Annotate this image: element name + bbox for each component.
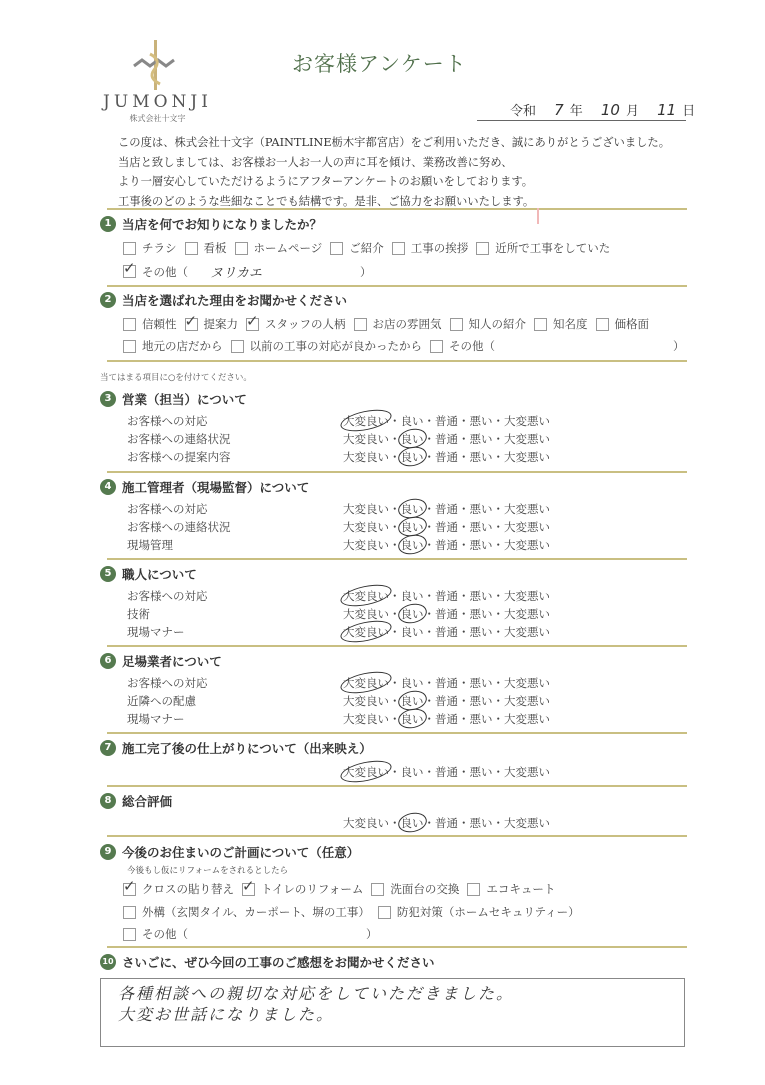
rating-choice[interactable]: 大変悪い bbox=[504, 625, 550, 639]
q9-title: 今後のお住まいのご計画について（任意） bbox=[122, 843, 359, 861]
q1-number-badge: 1 bbox=[100, 216, 116, 232]
rating-choice[interactable]: 良い bbox=[401, 414, 424, 428]
separator: ・ bbox=[458, 712, 470, 726]
q9-heading: 9今後のお住まいのご計画について（任意） bbox=[100, 843, 359, 861]
q2-option-proposal[interactable]: 提案力 bbox=[185, 316, 239, 332]
separator: ・ bbox=[458, 450, 470, 464]
q5-item-label: お客様への対応 bbox=[127, 588, 208, 604]
checkbox[interactable] bbox=[330, 242, 343, 255]
rating-scale[interactable]: 大変良い・良い・普通・悪い・大変悪い bbox=[343, 588, 550, 604]
checkbox[interactable] bbox=[123, 928, 136, 941]
separator: ・ bbox=[458, 520, 470, 534]
option-label: 信頼性 bbox=[142, 316, 177, 332]
rating-scale[interactable]: 大変良い・良い・普通・悪い・大変悪い bbox=[343, 711, 550, 727]
rating-choice[interactable]: 大変良い bbox=[343, 432, 389, 446]
rating-choice-selected[interactable]: 大変良い bbox=[343, 676, 389, 690]
checkbox-checked[interactable] bbox=[123, 265, 136, 278]
q2-option-price[interactable]: 価格面 bbox=[596, 316, 650, 332]
company-logo: JUMONJI 株式会社十文字 bbox=[100, 40, 210, 125]
q2-number-badge: 2 bbox=[100, 292, 116, 308]
rating-choice[interactable]: 大変悪い bbox=[504, 520, 550, 534]
option-label: クロスの貼り替え bbox=[142, 881, 234, 897]
option-label: 防犯対策（ホームセキュリティー） bbox=[397, 904, 580, 920]
rating-choice-selected[interactable]: 良い bbox=[401, 538, 424, 552]
q7-heading: 7施工完了後の仕上がりについて（出来映え） bbox=[100, 739, 372, 757]
date-month[interactable]: 10 bbox=[601, 101, 620, 119]
q5-title: 職人について bbox=[122, 565, 197, 583]
q1-other-row: その他（ ヌリカエ ） bbox=[123, 262, 372, 281]
q2-option-local[interactable]: 地元の店だから bbox=[123, 338, 223, 354]
checkbox[interactable] bbox=[476, 242, 489, 255]
checkbox[interactable] bbox=[450, 318, 463, 331]
year-unit: 年 bbox=[570, 104, 583, 119]
q9-subtitle: 今後もし仮にリフォームをされるとしたら bbox=[127, 864, 288, 876]
date-year[interactable]: 7 bbox=[554, 101, 564, 119]
separator: ・ bbox=[458, 502, 470, 516]
rating-choice[interactable]: 大変悪い bbox=[504, 712, 550, 726]
q2-option-atmosphere[interactable]: お店の雰囲気 bbox=[354, 316, 442, 332]
day-unit: 日 bbox=[682, 104, 695, 119]
rating-scale[interactable]: 大変良い・良い・普通・悪い・大変悪い bbox=[343, 519, 550, 535]
q4-number-badge: 4 bbox=[100, 479, 116, 495]
option-label: その他（ bbox=[142, 926, 188, 942]
q6-number-badge: 6 bbox=[100, 653, 116, 669]
separator: ・ bbox=[493, 589, 505, 603]
rating-choice[interactable]: 大変良い bbox=[343, 450, 389, 464]
rating-scale[interactable]: 大変良い・良い・普通・悪い・大変悪い bbox=[343, 693, 550, 709]
divider bbox=[107, 471, 687, 473]
rating-choice[interactable]: 良い bbox=[401, 625, 424, 639]
q1-option-referral[interactable]: ご紹介 bbox=[330, 240, 384, 256]
paren-close: ） bbox=[673, 338, 685, 354]
separator: ・ bbox=[458, 816, 470, 830]
separator: ・ bbox=[493, 607, 505, 621]
rating-choice[interactable]: 悪い bbox=[470, 432, 493, 446]
rating-choice[interactable]: 大変悪い bbox=[504, 589, 550, 603]
q2-option-other[interactable]: その他（ bbox=[430, 338, 495, 354]
divider bbox=[107, 208, 687, 210]
q6-title: 足場業者について bbox=[122, 652, 222, 670]
separator: ・ bbox=[458, 432, 470, 446]
rating-scale[interactable]: 大変良い・良い・普通・悪い・大変悪い bbox=[343, 764, 550, 780]
rating-choice-selected[interactable]: 良い bbox=[401, 712, 424, 726]
rating-choice[interactable]: 普通 bbox=[435, 816, 458, 830]
separator: ・ bbox=[458, 538, 470, 552]
rating-choice-selected[interactable]: 良い bbox=[401, 450, 424, 464]
q9-number-badge: 9 bbox=[100, 844, 116, 860]
rating-scale[interactable]: 大変良い・良い・普通・悪い・大変悪い bbox=[343, 606, 550, 622]
checkbox[interactable] bbox=[534, 318, 547, 331]
rating-choice[interactable]: 普通 bbox=[435, 694, 458, 708]
rating-choice-selected[interactable]: 良い bbox=[401, 816, 424, 830]
separator: ・ bbox=[493, 450, 505, 464]
option-label: 近所で工事をしていた bbox=[495, 240, 610, 256]
separator: ・ bbox=[458, 676, 470, 690]
rating-choice[interactable]: 普通 bbox=[435, 450, 458, 464]
rating-choice[interactable]: 悪い bbox=[470, 520, 493, 534]
q9-option-toilet[interactable]: トイレのリフォーム bbox=[242, 881, 363, 897]
checkbox-checked[interactable] bbox=[246, 318, 259, 331]
rating-choice[interactable]: 普通 bbox=[435, 432, 458, 446]
q9-other-row: その他（ ） bbox=[123, 926, 378, 942]
rating-choice[interactable]: 悪い bbox=[470, 694, 493, 708]
rating-choice[interactable]: 悪い bbox=[470, 816, 493, 830]
separator: ・ bbox=[493, 625, 505, 639]
q2-option-previous-work[interactable]: 以前の工事の対応が良かったから bbox=[231, 338, 423, 354]
paren-close: ） bbox=[366, 926, 378, 942]
separator: ・ bbox=[458, 694, 470, 708]
rating-choice[interactable]: 良い bbox=[401, 765, 424, 779]
q8-title: 総合評価 bbox=[122, 792, 172, 810]
q6-item-label: お客様への対応 bbox=[127, 675, 208, 691]
q10-number-badge: 10 bbox=[100, 954, 116, 970]
option-label: 工事の挨拶 bbox=[411, 240, 469, 256]
q1-option-nearby-work[interactable]: 近所で工事をしていた bbox=[476, 240, 610, 256]
rating-choice[interactable]: 普通 bbox=[435, 538, 458, 552]
q9-option-other[interactable]: その他（ bbox=[123, 926, 188, 942]
q2-option-fame[interactable]: 知名度 bbox=[534, 316, 588, 332]
option-label: 地元の店だから bbox=[142, 338, 223, 354]
checkbox[interactable] bbox=[185, 242, 198, 255]
checkbox[interactable] bbox=[392, 242, 405, 255]
q7-title: 施工完了後の仕上がりについて（出来映え） bbox=[122, 739, 372, 757]
q8-heading: 8総合評価 bbox=[100, 792, 172, 810]
rating-choice[interactable]: 悪い bbox=[470, 607, 493, 621]
rating-choice[interactable]: 大変良い bbox=[343, 538, 389, 552]
q1-option-greeting[interactable]: 工事の挨拶 bbox=[392, 240, 469, 256]
option-label: スタッフの人柄 bbox=[265, 316, 346, 332]
intro-text: この度は、株式会社十文字（PAINTLINE栃木宇都宮店）をご利用いただき、誠に… bbox=[118, 133, 678, 211]
intro-line: 当店と致しましては、お客様お一人お一人の声に耳を傾け、業務改善に努め、 bbox=[118, 153, 678, 173]
q1-option-homepage[interactable]: ホームページ bbox=[235, 240, 323, 256]
rating-choice[interactable]: 悪い bbox=[470, 502, 493, 516]
rating-choice[interactable]: 大変悪い bbox=[504, 765, 550, 779]
rating-choice[interactable]: 大変悪い bbox=[504, 694, 550, 708]
separator: ・ bbox=[493, 414, 505, 428]
rating-choice[interactable]: 良い bbox=[401, 589, 424, 603]
q3-item-label: お客様への連絡状況 bbox=[127, 431, 231, 447]
rating-scale[interactable]: 大変良い・良い・普通・悪い・大変悪い bbox=[343, 501, 550, 517]
q3-item-label: お客様への対応 bbox=[127, 413, 208, 429]
option-label: お店の雰囲気 bbox=[373, 316, 442, 332]
separator: ・ bbox=[493, 712, 505, 726]
q3-heading: 3営業（担当）について bbox=[100, 390, 247, 408]
q4-title: 施工管理者（現場監督）について bbox=[122, 478, 309, 496]
jumonji-cross-icon bbox=[132, 40, 180, 90]
separator: ・ bbox=[458, 765, 470, 779]
rating-scale[interactable]: 大変良い・良い・普通・悪い・大変悪い bbox=[343, 815, 550, 831]
page-title: お客様アンケート bbox=[292, 48, 467, 78]
checkbox[interactable] bbox=[123, 242, 136, 255]
rating-scale[interactable]: 大変良い・良い・普通・悪い・大変悪い bbox=[343, 449, 550, 465]
rating-choice[interactable]: 大変悪い bbox=[504, 450, 550, 464]
rating-choice[interactable]: 普通 bbox=[435, 625, 458, 639]
paren-close: ） bbox=[360, 264, 372, 280]
separator: ・ bbox=[424, 414, 436, 428]
q3-number-badge: 3 bbox=[100, 391, 116, 407]
rating-choice[interactable]: 大変悪い bbox=[504, 676, 550, 690]
rating-choice-selected[interactable]: 大変良い bbox=[343, 414, 389, 428]
checkbox[interactable] bbox=[467, 883, 480, 896]
checkbox[interactable] bbox=[354, 318, 367, 331]
option-label: ホームページ bbox=[254, 240, 323, 256]
q4-item-label: お客様への連絡状況 bbox=[127, 519, 231, 535]
q1-option-signboard[interactable]: 看板 bbox=[185, 240, 227, 256]
rating-choice[interactable]: 大変良い bbox=[343, 712, 389, 726]
q9-options-row2: 外構（玄関タイル、カーポート、塀の工事） 防犯対策（ホームセキュリティー） bbox=[123, 904, 588, 920]
q6-heading: 6足場業者について bbox=[100, 652, 222, 670]
q10-heading: 10さいごに、ぜひ今回の工事のご感想をお聞かせください bbox=[100, 953, 435, 971]
comment-line: 各種相談への親切な対応をしていただきました。 bbox=[118, 983, 514, 1004]
separator: ・ bbox=[424, 676, 436, 690]
q5-item-label: 技術 bbox=[127, 606, 150, 622]
checkbox[interactable] bbox=[430, 340, 443, 353]
separator: ・ bbox=[493, 520, 505, 534]
intro-line: この度は、株式会社十文字（PAINTLINE栃木宇都宮店）をご利用いただき、誠に… bbox=[118, 133, 678, 153]
option-label: 知人の紹介 bbox=[469, 316, 527, 332]
rating-choice-selected[interactable]: 大変良い bbox=[343, 625, 389, 639]
q1-option-other[interactable]: その他（ bbox=[123, 264, 188, 280]
separator: ・ bbox=[424, 765, 436, 779]
date-day[interactable]: 11 bbox=[657, 101, 676, 119]
rating-scale[interactable]: 大変良い・良い・普通・悪い・大変悪い bbox=[343, 537, 550, 553]
rating-choice-selected[interactable]: 大変良い bbox=[343, 589, 389, 603]
divider bbox=[107, 732, 687, 734]
option-label: その他（ bbox=[449, 338, 495, 354]
q2-option-staff[interactable]: スタッフの人柄 bbox=[246, 316, 346, 332]
q2-heading: 2当店を選ばれた理由をお聞かせください bbox=[100, 291, 347, 309]
q9-option-wallpaper[interactable]: クロスの貼り替え bbox=[123, 881, 234, 897]
rating-choice[interactable]: 悪い bbox=[470, 450, 493, 464]
rating-choice[interactable]: 普通 bbox=[435, 607, 458, 621]
rating-choice[interactable]: 悪い bbox=[470, 414, 493, 428]
separator: ・ bbox=[458, 589, 470, 603]
month-unit: 月 bbox=[626, 104, 639, 119]
separator: ・ bbox=[493, 694, 505, 708]
rating-choice-selected[interactable]: 良い bbox=[401, 432, 424, 446]
rating-choice[interactable]: 大変悪い bbox=[504, 502, 550, 516]
rating-choice[interactable]: 大変良い bbox=[343, 520, 389, 534]
rating-choice[interactable]: 大変悪い bbox=[504, 538, 550, 552]
q4-item-label: 現場管理 bbox=[127, 537, 173, 553]
rating-choice-selected[interactable]: 良い bbox=[401, 520, 424, 534]
q9-option-washbasin[interactable]: 洗面台の交換 bbox=[371, 881, 459, 897]
rating-choice-selected[interactable]: 良い bbox=[401, 502, 424, 516]
rating-choice[interactable]: 悪い bbox=[470, 625, 493, 639]
q9-option-ecocute[interactable]: エコキュート bbox=[467, 881, 555, 897]
checkbox[interactable] bbox=[371, 883, 384, 896]
separator: ・ bbox=[493, 538, 505, 552]
checkbox[interactable] bbox=[231, 340, 244, 353]
divider bbox=[107, 785, 687, 787]
rating-choice[interactable]: 普通 bbox=[435, 520, 458, 534]
q1-title: 当店を何でお知りになりましたか？ bbox=[122, 215, 322, 233]
separator: ・ bbox=[458, 607, 470, 621]
rating-choice[interactable]: 大変良い bbox=[343, 694, 389, 708]
q2-option-acquaintance[interactable]: 知人の紹介 bbox=[450, 316, 527, 332]
rating-choice[interactable]: 普通 bbox=[435, 676, 458, 690]
rating-choice[interactable]: 大変悪い bbox=[504, 816, 550, 830]
separator: ・ bbox=[424, 625, 436, 639]
q6-item-label: 現場マナー bbox=[127, 711, 185, 727]
rating-choice[interactable]: 大変悪い bbox=[504, 607, 550, 621]
checkbox-checked[interactable] bbox=[123, 883, 136, 896]
separator: ・ bbox=[424, 589, 436, 603]
q3-item-label: お客様への提案内容 bbox=[127, 449, 231, 465]
q2-options-row1: 信頼性 提案力 スタッフの人柄 お店の雰囲気 知人の紹介 知名度 価格面 bbox=[123, 316, 657, 332]
separator: ・ bbox=[493, 676, 505, 690]
rating-scale[interactable]: 大変良い・良い・普通・悪い・大変悪い bbox=[343, 675, 550, 691]
separator: ・ bbox=[493, 502, 505, 516]
rating-choice[interactable]: 悪い bbox=[470, 712, 493, 726]
rating-choice[interactable]: 良い bbox=[401, 676, 424, 690]
instruction-note: 当てはまる項目に○を付けてください。 bbox=[100, 371, 252, 383]
checkbox[interactable] bbox=[596, 318, 609, 331]
rating-choice[interactable]: 普通 bbox=[435, 765, 458, 779]
divider bbox=[107, 946, 687, 948]
q9-options-row1: クロスの貼り替え トイレのリフォーム 洗面台の交換 エコキュート bbox=[123, 881, 563, 897]
separator: ・ bbox=[458, 625, 470, 639]
q7-number-badge: 7 bbox=[100, 740, 116, 756]
rating-choice[interactable]: 普通 bbox=[435, 414, 458, 428]
divider bbox=[107, 360, 687, 362]
divider bbox=[107, 285, 687, 287]
logo-wordmark: JUMONJI bbox=[100, 92, 215, 112]
rating-choice[interactable]: 大変悪い bbox=[504, 432, 550, 446]
q4-item-label: お客様への対応 bbox=[127, 501, 208, 517]
q5-item-label: 現場マナー bbox=[127, 624, 185, 640]
divider bbox=[107, 558, 687, 560]
rating-choice[interactable]: 悪い bbox=[470, 765, 493, 779]
rating-choice[interactable]: 大変良い bbox=[343, 607, 389, 621]
rating-choice[interactable]: 大変良い bbox=[343, 816, 389, 830]
q5-number-badge: 5 bbox=[100, 566, 116, 582]
comment-line: 大変お世話になりました。 bbox=[118, 1004, 514, 1025]
checkbox-checked[interactable] bbox=[185, 318, 198, 331]
rating-choice[interactable]: 普通 bbox=[435, 712, 458, 726]
q2-title: 当店を選ばれた理由をお聞かせください bbox=[122, 291, 347, 309]
q4-heading: 4施工管理者（現場監督）について bbox=[100, 478, 309, 496]
rating-choice[interactable]: 普通 bbox=[435, 502, 458, 516]
q9-option-exterior[interactable]: 外構（玄関タイル、カーポート、塀の工事） bbox=[123, 904, 370, 920]
option-label: ご紹介 bbox=[349, 240, 384, 256]
rating-choice[interactable]: 悪い bbox=[470, 589, 493, 603]
q1-heading: 1当店を何でお知りになりましたか？ bbox=[100, 215, 322, 233]
checkbox[interactable] bbox=[378, 906, 391, 919]
comment-text: 各種相談への親切な対応をしていただきました。 大変お世話になりました。 bbox=[118, 983, 514, 1025]
option-label: 価格面 bbox=[615, 316, 650, 332]
divider bbox=[107, 835, 687, 837]
option-label: その他（ bbox=[142, 264, 188, 280]
rating-choice-selected[interactable]: 良い bbox=[401, 694, 424, 708]
q9-option-security[interactable]: 防犯対策（ホームセキュリティー） bbox=[378, 904, 580, 920]
rating-scale[interactable]: 大変良い・良い・普通・悪い・大変悪い bbox=[343, 624, 550, 640]
q6-item-label: 近隣への配慮 bbox=[127, 693, 196, 709]
q2-options-row2: 地元の店だから 以前の工事の対応が良かったから その他（ ） bbox=[123, 338, 685, 354]
rating-choice[interactable]: 悪い bbox=[470, 538, 493, 552]
q1-option-flyer[interactable]: チラシ bbox=[123, 240, 177, 256]
q2-option-reliability[interactable]: 信頼性 bbox=[123, 316, 177, 332]
option-label: 知名度 bbox=[553, 316, 588, 332]
logo-company-name: 株式会社十文字 bbox=[100, 113, 215, 124]
rating-choice[interactable]: 悪い bbox=[470, 676, 493, 690]
date-underline bbox=[477, 120, 686, 121]
option-label: エコキュート bbox=[486, 881, 555, 897]
separator: ・ bbox=[493, 432, 505, 446]
q1-options-row1: チラシ 看板 ホームページ ご紹介 工事の挨拶 近所で工事をしていた bbox=[123, 240, 618, 256]
rating-choice[interactable]: 大変良い bbox=[343, 502, 389, 516]
option-label: 洗面台の交換 bbox=[390, 881, 459, 897]
checkbox[interactable] bbox=[123, 340, 136, 353]
rating-scale[interactable]: 大変良い・良い・普通・悪い・大変悪い bbox=[343, 413, 550, 429]
checkbox-checked[interactable] bbox=[242, 883, 255, 896]
option-label: 外構（玄関タイル、カーポート、塀の工事） bbox=[142, 904, 370, 920]
rating-choice-selected[interactable]: 大変良い bbox=[343, 765, 389, 779]
q10-title: さいごに、ぜひ今回の工事のご感想をお聞かせください bbox=[122, 953, 435, 971]
rating-choice[interactable]: 大変悪い bbox=[504, 414, 550, 428]
q5-heading: 5職人について bbox=[100, 565, 197, 583]
checkbox[interactable] bbox=[123, 318, 136, 331]
stray-mark bbox=[537, 208, 539, 224]
separator: ・ bbox=[493, 765, 505, 779]
option-label: チラシ bbox=[142, 240, 177, 256]
date-field: 令和 7年 10月 11日 bbox=[510, 100, 695, 119]
option-label: 看板 bbox=[204, 240, 227, 256]
divider bbox=[107, 645, 687, 647]
q1-other-input[interactable]: ヌリカエ bbox=[210, 262, 360, 281]
separator: ・ bbox=[458, 414, 470, 428]
q8-number-badge: 8 bbox=[100, 793, 116, 809]
rating-scale[interactable]: 大変良い・良い・普通・悪い・大変悪い bbox=[343, 431, 550, 447]
rating-choice[interactable]: 普通 bbox=[435, 589, 458, 603]
option-label: トイレのリフォーム bbox=[261, 881, 363, 897]
rating-choice-selected[interactable]: 良い bbox=[401, 607, 424, 621]
intro-line: より一層安心していただけるようにアフターアンケートのお願いをしております。 bbox=[118, 172, 678, 192]
q3-title: 営業（担当）について bbox=[122, 390, 247, 408]
separator: ・ bbox=[493, 816, 505, 830]
checkbox[interactable] bbox=[235, 242, 248, 255]
option-label: 以前の工事の対応が良かったから bbox=[250, 338, 423, 354]
date-era: 令和 bbox=[510, 104, 536, 119]
option-label: 提案力 bbox=[204, 316, 239, 332]
checkbox[interactable] bbox=[123, 906, 136, 919]
